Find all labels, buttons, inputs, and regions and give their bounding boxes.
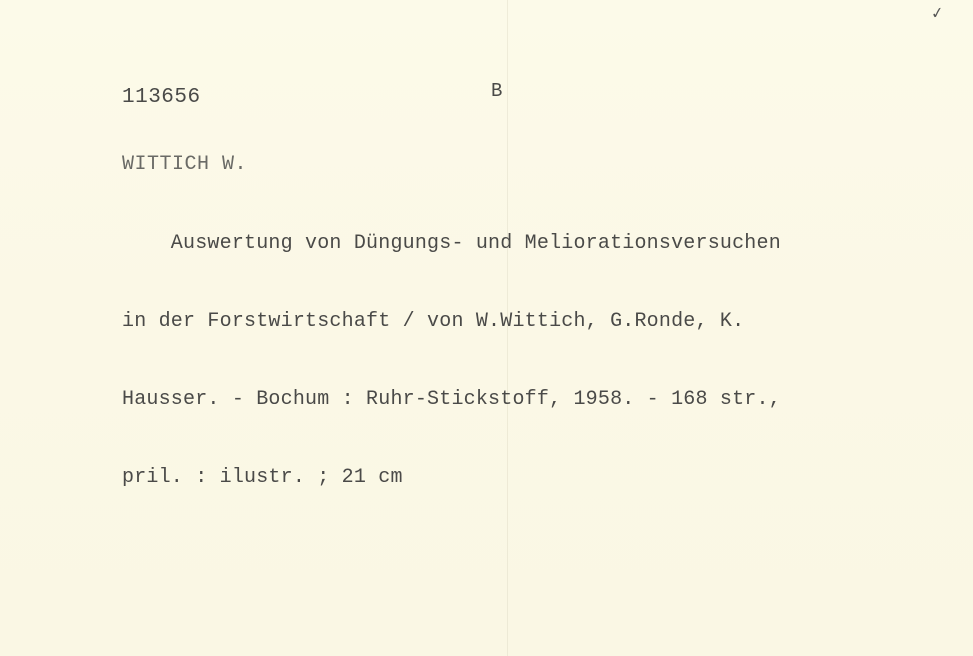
description-line: Hausser. - Bochum : Ruhr-Stickstoff, 195…: [122, 387, 781, 413]
description-line: in der Forstwirtschaft / von W.Wittich, …: [122, 309, 781, 335]
accession-number: 113656: [122, 86, 201, 109]
bibliographic-description: Auswertung von Düngungs- und Melioration…: [122, 179, 781, 543]
author-heading: WITTICH W.: [122, 153, 247, 176]
catalog-card: ✓ 113656 B WITTICH W. Auswertung von Dün…: [0, 0, 973, 656]
description-line: pril. : ilustr. ; 21 cm: [122, 465, 781, 491]
location-code: B: [491, 80, 502, 102]
checkmark-icon: ✓: [931, 5, 949, 23]
description-line: Auswertung von Düngungs- und Melioration…: [122, 231, 781, 257]
